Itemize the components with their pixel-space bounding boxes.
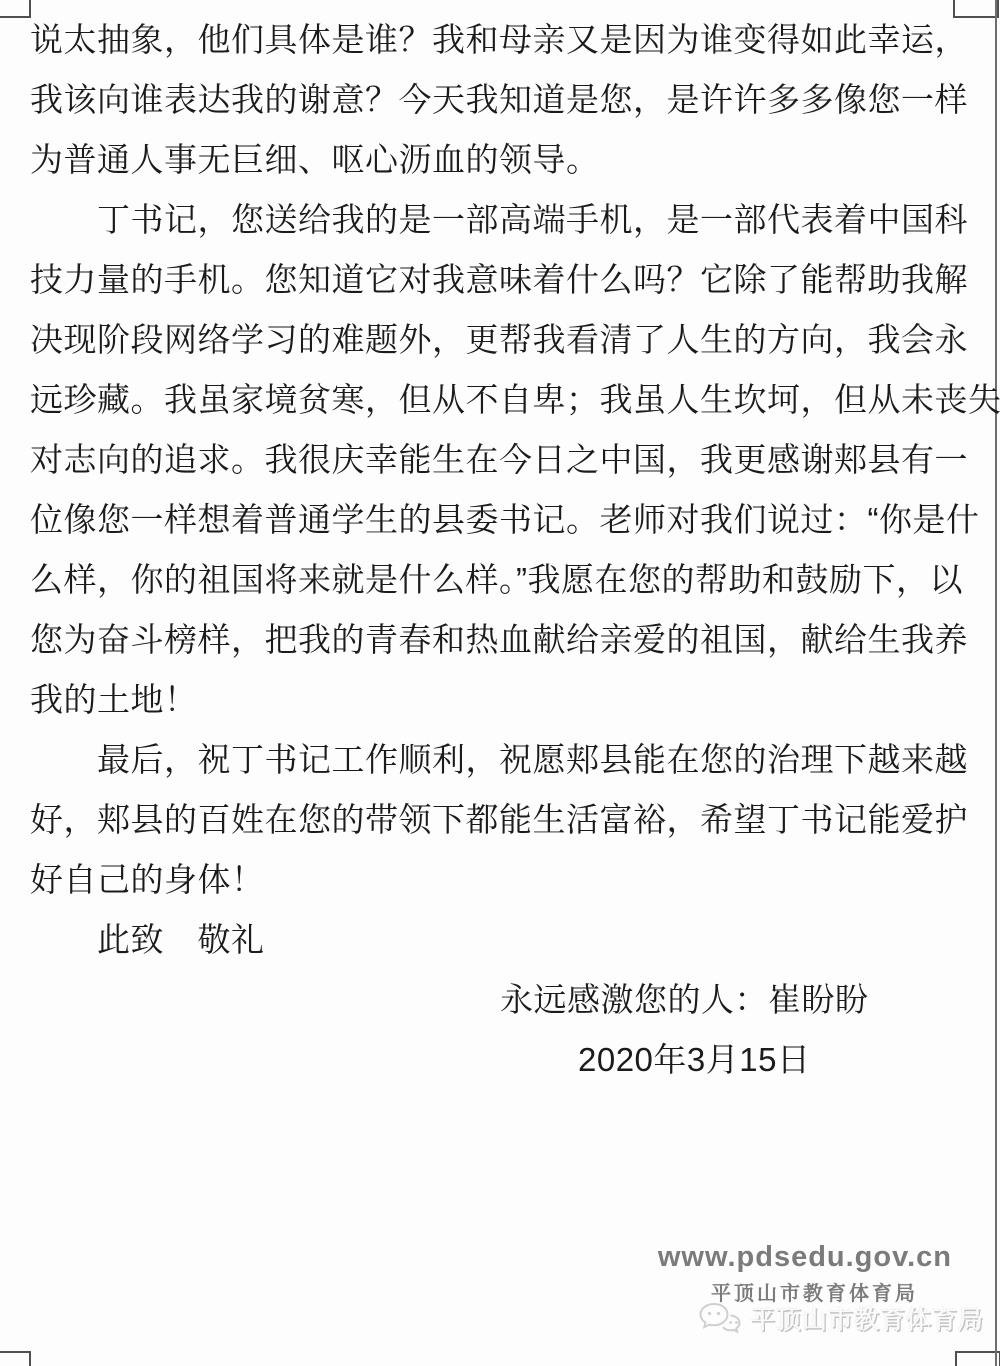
letter-lines: 说太抽象，他们具体是谁？我和母亲又是因为谁变得如此幸运，我该向谁表达我的谢意？今… [30,10,975,970]
letter-line: 好自己的身体！ [30,850,975,910]
crop-mark-bottom-left [0,1351,31,1366]
letter-line: 么样，你的祖国将来就是什么样。”我愿在您的帮助和鼓励下，以 [30,550,975,610]
signature-line: 永远感激您的人：崔盼盼 [30,970,975,1030]
letter-line: 我的土地！ [30,670,975,730]
letter-line: 您为奋斗榜样，把我的青春和热血献给亲爱的祖国，献给生我养 [30,610,975,670]
letter-page: 说太抽象，他们具体是谁？我和母亲又是因为谁变得如此幸运，我该向谁表达我的谢意？今… [0,0,1000,1366]
date-line: 2020年3月15日 [30,1030,975,1090]
letter-line: 为普通人事无巨细、呕心沥血的领导。 [30,130,975,190]
letter-line: 此致 敬礼 [30,910,975,970]
letter-line: 丁书记，您送给我的是一部高端手机，是一部代表着中国科 [30,190,975,250]
crop-mark-top-left [0,0,31,18]
letter-line: 位像您一样想着普通学生的县委书记。老师对我们说过：“你是什 [30,490,975,550]
letter-line: 决现阶段网络学习的难题外，更帮我看清了人生的方向，我会永 [30,310,975,370]
watermark-text: 平顶山市教育体育局 [750,1300,984,1336]
letter-line: 最后，祝丁书记工作顺利，祝愿郏县能在您的治理下越来越 [30,730,975,790]
letter-line: 技力量的手机。您知道它对我意味着什么吗？它除了能帮助我解 [30,250,975,310]
wechat-chat-bubbles-icon [698,1301,742,1335]
page-right-edge-line [995,0,997,1366]
letter-body: 说太抽象，他们具体是谁？我和母亲又是因为谁变得如此幸运，我该向谁表达我的谢意？今… [30,10,975,1090]
watermark: 平顶山市教育体育局 [698,1300,984,1336]
crop-mark-bottom-right [955,1351,1000,1366]
letter-line: 远珍藏。我虽家境贫寒，但从不自卑；我虽人生坎坷，但从未丧失 [30,370,975,430]
website-url: www.pdsedu.gov.cn [658,1241,952,1274]
letter-line: 好，郏县的百姓在您的带领下都能生活富裕，希望丁书记能爱护 [30,790,975,850]
letter-line: 说太抽象，他们具体是谁？我和母亲又是因为谁变得如此幸运， [30,10,975,70]
letter-line: 对志向的追求。我很庆幸能生在今日之中国，我更感谢郏县有一 [30,430,975,490]
letter-line: 我该向谁表达我的谢意？今天我知道是您，是许许多多像您一样 [30,70,975,130]
